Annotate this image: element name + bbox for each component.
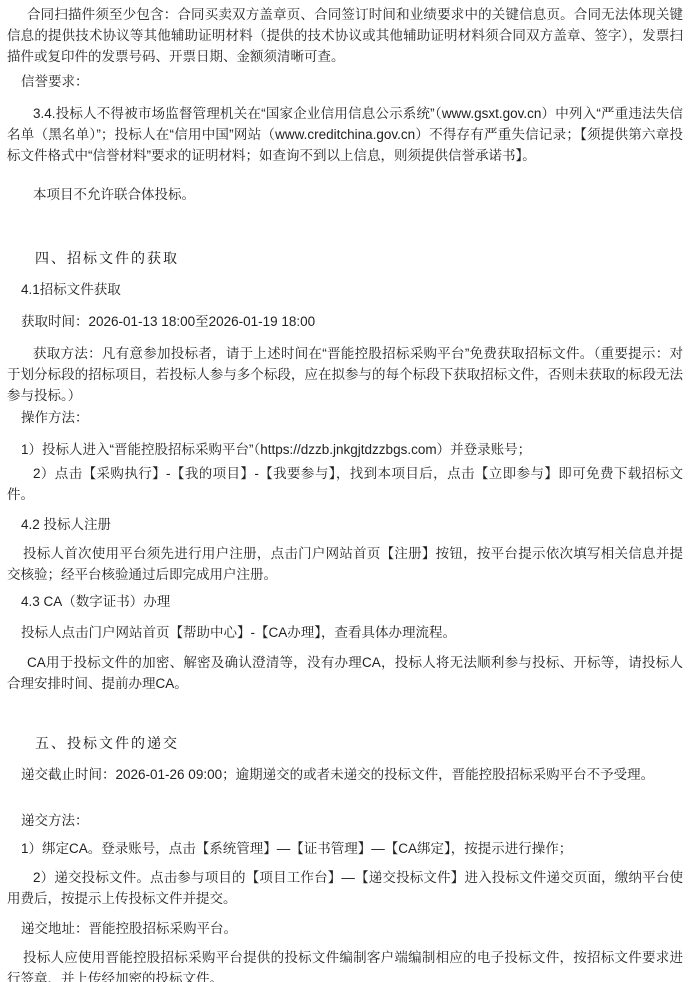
subsection-4-3-title: 4.3 CA（数字证书）办理 bbox=[7, 591, 683, 612]
client-usage-note: 投标人应使用晋能控股招标采购平台提供的投标文件编制客户端编制相应的电子投标文件，… bbox=[7, 947, 683, 982]
credit-requirement-label: 信誉要求： bbox=[7, 71, 683, 92]
registration-text: 投标人首次使用平台须先进行用户注册，点击门户网站首页【注册】按钮，按平台提示依次… bbox=[7, 543, 683, 585]
section-4-heading: 四、招标文件的获取 bbox=[7, 248, 683, 269]
contract-scan-paragraph: 合同扫描件须至少包含：合同买卖双方盖章页、合同签订时间和业绩要求中的关键信息页。… bbox=[7, 4, 683, 67]
submission-step-1: 1）绑定CA。登录账号，点击【系统管理】—【证书管理】—【CA绑定】，按提示进行… bbox=[7, 838, 683, 859]
subsection-4-1-title: 4.1招标文件获取 bbox=[7, 279, 683, 300]
section-5-heading: 五、投标文件的递交 bbox=[7, 733, 683, 754]
subsection-4-2-title: 4.2 投标人注册 bbox=[7, 514, 683, 535]
credit-requirement-3-4: 3.4.投标人不得被市场监督管理机关在“国家企业信用信息公示系统”（www.gs… bbox=[7, 103, 683, 166]
ca-process-text: 投标人点击门户网站首页【帮助中心】-【CA办理】，查看具体办理流程。 bbox=[7, 622, 683, 643]
ca-usage-text: CA用于投标文件的加密、解密及确认澄清等，没有办理CA，投标人将无法顺利参与投标… bbox=[7, 652, 683, 694]
no-consortium-note: 本项目不允许联合体投标。 bbox=[7, 184, 683, 205]
obtain-step-1: 1）投标人进入“晋能控股招标采购平台”（https://dzzb.jnkgjtd… bbox=[7, 439, 683, 460]
obtain-method: 获取方法：凡有意参加投标者，请于上述时间在“晋能控股招标采购平台”免费获取招标文… bbox=[7, 343, 683, 406]
submission-address: 递交地址：晋能控股招标采购平台。 bbox=[7, 918, 683, 939]
obtain-time: 获取时间：2026-01-13 18:00至2026-01-19 18:00 bbox=[7, 311, 683, 332]
submission-method-label: 递交方法： bbox=[7, 810, 683, 831]
operation-method-label: 操作方法： bbox=[7, 407, 683, 428]
submission-deadline: 递交截止时间：2026-01-26 09:00；逾期递交的或者未递交的投标文件，… bbox=[7, 764, 683, 785]
obtain-step-2: 2）点击【采购执行】-【我的项目】-【我要参与】，找到本项目后，点击【立即参与】… bbox=[7, 463, 683, 505]
submission-step-2: 2）递交投标文件。点击参与项目的【项目工作台】—【递交投标文件】进入投标文件递交… bbox=[7, 867, 683, 909]
